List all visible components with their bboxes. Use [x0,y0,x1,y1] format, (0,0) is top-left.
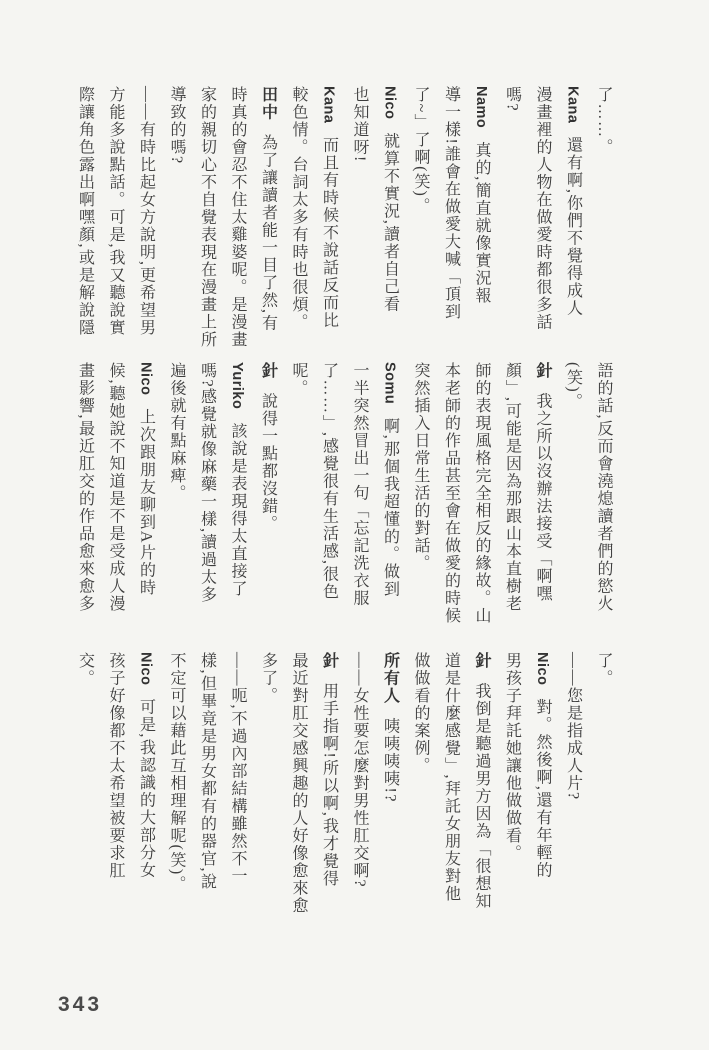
column-text: 可是,我認識的大部分女 [138,698,155,879]
text-column: 樣,但畢竟是男女都有的器官,說 [191,652,222,937]
column-text: 我之所以沒辦法接受「啊嘿 [534,393,551,603]
column-text: 而且有時候不說話反而比 [321,136,338,329]
speaker-label: Nico [382,86,398,119]
text-column: 語的話,反而會澆熄讀者們的慾火 [588,362,619,634]
text-column: Yuriko該說是表現得太直接了 [222,362,253,634]
speaker-label: Nico [138,652,154,685]
column-text: 道是什麼感覺」,拜託女朋友對他 [443,652,460,903]
column-text: 較色情。台詞太多有時也很煩。 [290,86,307,331]
text-column: Nico可是,我認識的大部分女 [130,652,161,937]
speaker-label: 針 [534,362,551,380]
text-column: 了……」,感覺很有生活感,很色 [313,362,344,634]
column-text: ——女性要怎麼對男性肛交啊? [351,652,368,888]
book-page: 了……。Kana還有啊,你們不覺得成人漫畫裡的人物在做愛時都很多話嗎?Namo真… [0,0,709,1050]
text-column: 候,聽她說不知道是不是受成人漫 [100,362,131,634]
column-text: 了~」了啊(笑)。 [412,86,429,215]
text-column: 一半突然冒出一句「忘記洗衣服 [344,362,375,634]
text-column: 最近對肛交感興趣的人好像愈來愈 [283,652,314,937]
column-text: 用手指啊!所以啊,我才覺得 [321,683,338,888]
text-column: Nico上次跟朋友聊到A片的時 [130,362,161,634]
text-column: 畫影響,最近肛交的作品愈來愈多 [69,362,100,634]
column-text: 也知道呀! [351,86,368,163]
text-column: 顏」,可能是因為那跟山本直樹老 [496,362,527,634]
text-column: 針用手指啊!所以啊,我才覺得 [313,652,344,937]
column-text: 師的表現風格完全相反的緣故。山 [473,362,490,625]
text-column: 方能多說點話。可是,我又聽說實 [100,86,131,358]
speaker-label: Nico [534,652,550,685]
column-text: 嗎? [504,86,521,112]
text-column: Namo真的,簡直就像實況報 [466,86,497,358]
page-number: 343 [58,993,102,1017]
speaker-label: Kana [565,86,581,123]
column-text: 不定可以藉此互相理解呢(笑)。 [168,652,185,893]
text-column: Nico對。然後啊,還有年輕的 [527,652,558,937]
text-column: 呢。 [283,362,314,634]
speaker-label: 針 [321,652,338,670]
column-text: 最近對肛交感興趣的人好像愈來愈 [290,652,307,915]
text-column: 漫畫裡的人物在做愛時都很多話 [527,86,558,358]
text-column: ——女性要怎麼對男性肛交啊? [344,652,375,937]
block-bottom: 了。——您是指成人片?Nico對。然後啊,還有年輕的男孩子拜託她讓他做做看。針我… [69,652,618,937]
column-text: 時真的會忍不住太雞婆呢。是漫畫 [229,86,246,349]
column-text: 呢。 [290,362,307,397]
column-text: 了……。 [595,86,612,156]
column-text: 做做看的案例。 [412,652,429,775]
column-text: 嗎?感覺就像麻藥一樣,讀過太多 [199,362,216,604]
column-text: (笑)。 [565,362,582,411]
column-text: 漫畫裡的人物在做愛時都很多話 [534,86,551,331]
text-column: Nico就算不實況,讀者自己看 [374,86,405,358]
text-column: 遍後就有點麻痺。 [161,362,192,634]
column-text: 突然插入日常生活的對話。 [412,362,429,572]
column-text: 了。 [595,652,612,687]
column-text: 還有啊,你們不覺得成人 [565,136,582,317]
column-text: 多了。 [260,652,277,705]
text-column: 不定可以藉此互相理解呢(笑)。 [161,652,192,937]
text-column: 嗎? [496,86,527,358]
text-column: Kana而且有時候不說話反而比 [313,86,344,358]
column-text: 為了讓讀者能一目了然,有 [260,134,277,332]
column-text: 該說是表現得太直接了 [229,422,246,597]
text-column: 針我之所以沒辦法接受「啊嘿 [527,362,558,634]
text-column: 家的親切心不自覺表現在漫畫上所 [191,86,222,358]
column-text: 咦咦咦咦!? [382,718,399,803]
column-text: 對。然後啊,還有年輕的 [534,698,551,879]
speaker-label: Somu [382,362,398,404]
text-column: 針說得一點都沒錯。 [252,362,283,634]
text-column: 突然插入日常生活的對話。 [405,362,436,634]
column-text: ——您是指成人片? [565,652,582,801]
text-column: 了~」了啊(笑)。 [405,86,436,358]
column-text: 語的話,反而會澆熄讀者們的慾火 [595,362,612,613]
column-text: 畫影響,最近肛交的作品愈來愈多 [77,362,94,613]
text-column: 道是什麼感覺」,拜託女朋友對他 [435,652,466,937]
column-text: 家的親切心不自覺表現在漫畫上所 [199,86,216,349]
column-text: 顏」,可能是因為那跟山本直樹老 [504,362,521,613]
column-text: 啊,那個我超懂的。做到 [382,417,399,598]
speaker-label: 田中 [260,86,277,121]
text-column: 田中為了讓讀者能一目了然,有 [252,86,283,358]
text-column: 導一樣!誰會在做愛大喊「頂到 [435,86,466,358]
column-text: 候,聽她說不知道是不是受成人漫 [107,362,124,613]
column-text: ——有時比起女方說明,更希望男 [138,86,155,337]
text-column: ——呃,不過內部結構雖然不一 [222,652,253,937]
column-text: 我倒是聽過男方因為「很想知 [473,683,490,911]
column-text: 真的,簡直就像實況報 [473,141,490,304]
block-top: 了……。Kana還有啊,你們不覺得成人漫畫裡的人物在做愛時都很多話嗎?Namo真… [69,86,618,358]
text-column: Kana還有啊,你們不覺得成人 [557,86,588,358]
text-column: 較色情。台詞太多有時也很煩。 [283,86,314,358]
column-text: 上次跟朋友聊到A片的時 [138,408,155,596]
block-middle: 語的話,反而會澆熄讀者們的慾火(笑)。針我之所以沒辦法接受「啊嘿顏」,可能是因為… [69,362,618,634]
text-column: ——有時比起女方說明,更希望男 [130,86,161,358]
column-text: 孩子好像都不太希望被要求肛 [107,652,124,880]
column-text: 交。 [77,652,94,687]
text-column: 了……。 [588,86,619,358]
column-text: 方能多說點話。可是,我又聽說實 [107,86,124,337]
column-text: 導致的嗎? [168,86,185,165]
column-text: 本老師的作品甚至會在做愛的時候 [443,362,460,625]
text-column: 際讓角色露出啊嘿顏,或是解說隱 [69,86,100,358]
column-text: 遍後就有點麻痺。 [168,362,185,502]
speaker-label: 所有人 [382,652,399,705]
text-column: 針我倒是聽過男方因為「很想知 [466,652,497,937]
speaker-label: 針 [473,652,490,670]
text-column: 也知道呀! [344,86,375,358]
text-column: 導致的嗎? [161,86,192,358]
text-column: (笑)。 [557,362,588,634]
text-column: 時真的會忍不住太雞婆呢。是漫畫 [222,86,253,358]
column-text: 就算不實況,讀者自己看 [382,132,399,313]
text-column: 嗎?感覺就像麻藥一樣,讀過太多 [191,362,222,634]
text-column: 本老師的作品甚至會在做愛的時候 [435,362,466,634]
speaker-label: 針 [260,362,277,380]
column-text: ——呃,不過內部結構雖然不一 [229,652,246,885]
column-text: 樣,但畢竟是男女都有的器官,說 [199,652,216,891]
text-column: Somu啊,那個我超懂的。做到 [374,362,405,634]
text-column: 所有人咦咦咦咦!? [374,652,405,937]
text-column: ——您是指成人片? [557,652,588,937]
speaker-label: Kana [321,86,337,123]
speaker-label: Namo [473,86,489,128]
text-column: 交。 [69,652,100,937]
column-text: 了……」,感覺很有生活感,很色 [321,362,338,601]
column-text: 一半突然冒出一句「忘記洗衣服 [351,362,368,607]
column-text: 說得一點都沒錯。 [260,393,277,533]
speaker-label: Nico [138,362,154,395]
text-column: 做做看的案例。 [405,652,436,937]
text-column: 了。 [588,652,619,937]
column-text: 男孩子拜託她讓他做做看。 [504,652,521,862]
column-text: 導一樣!誰會在做愛大喊「頂到 [443,86,460,320]
text-column: 多了。 [252,652,283,937]
text-column: 孩子好像都不太希望被要求肛 [100,652,131,937]
text-column: 師的表現風格完全相反的緣故。山 [466,362,497,634]
column-text: 際讓角色露出啊嘿顏,或是解說隱 [77,86,94,337]
speaker-label: Yuriko [229,362,245,409]
text-column: 男孩子拜託她讓他做做看。 [496,652,527,937]
